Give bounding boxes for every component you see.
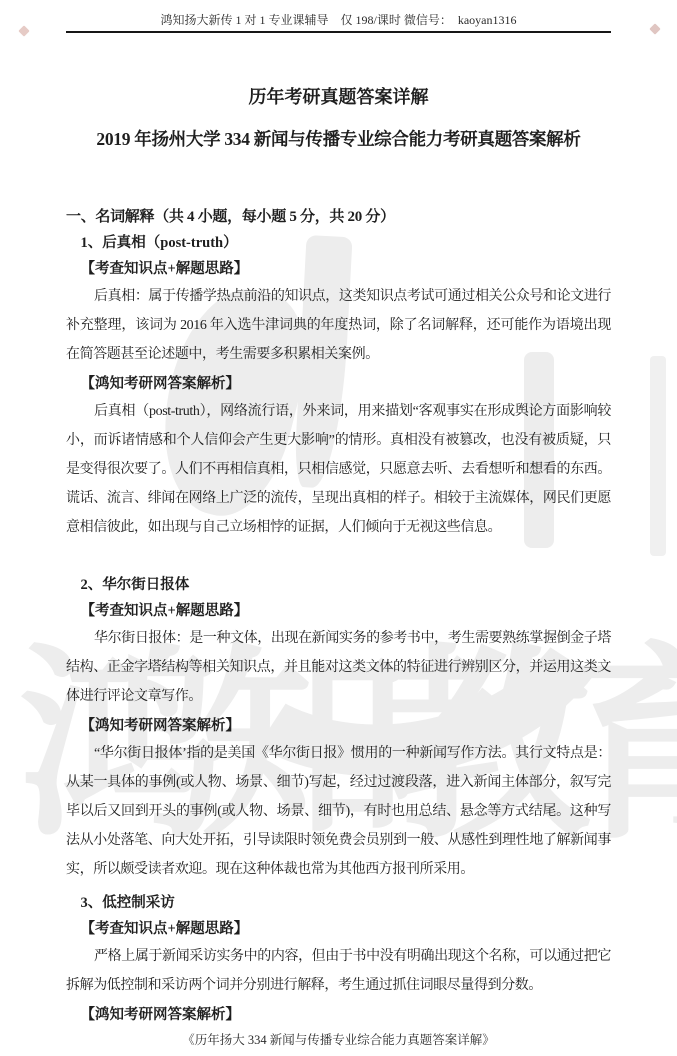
answer-label: 【鸿知考研网答案解析】 xyxy=(66,1004,611,1026)
knowledge-text: 华尔街日报体：是一种文体，出现在新闻实务的参考书中，考生需要熟练掌握倒金子塔结构… xyxy=(66,624,611,711)
knowledge-text: 后真相：属于传播学热点前沿的知识点，这类知识点考试可通过相关公众号和论文进行补充… xyxy=(66,282,611,369)
question-title: 3、低控制采访 xyxy=(66,892,611,914)
question-title: 2、华尔街日报体 xyxy=(66,574,611,596)
answer-label: 【鸿知考研网答案解析】 xyxy=(66,373,611,395)
question-title: 1、后真相（post-truth） xyxy=(66,232,611,254)
page-content: 鸿知扬大新传 1 对 1 专业课辅导 仅 198/课时 微信号： kaoyan1… xyxy=(0,0,677,1026)
knowledge-label: 【考查知识点+解题思路】 xyxy=(66,258,611,280)
document-subtitle: 2019 年扬州大学 334 新闻与传播专业综合能力考研真题答案解析 xyxy=(66,127,611,151)
document-title: 历年考研真题答案详解 xyxy=(66,85,611,109)
answer-text: 后真相（post-truth），网络流行语，外来词，用来描划“客观事实在形成舆论… xyxy=(66,397,611,542)
page-header-text: 鸿知扬大新传 1 对 1 专业课辅导 仅 198/课时 微信号： kaoyan1… xyxy=(66,0,611,27)
answer-label: 【鸿知考研网答案解析】 xyxy=(66,715,611,737)
header-rule xyxy=(66,31,611,33)
knowledge-label: 【考查知识点+解题思路】 xyxy=(66,600,611,622)
section-heading: 一、名词解释（共 4 小题，每小题 5 分，共 20 分） xyxy=(66,206,611,228)
question-item-1: 1、后真相（post-truth） 【考查知识点+解题思路】 后真相：属于传播学… xyxy=(66,232,611,542)
page-footer-text: 《历年扬大 334 新闻与传播专业综合能力真题答案详解》 xyxy=(0,1032,677,1048)
document-page: 鸿知教育 鸿知扬大新传 1 对 1 专业课辅导 仅 198/课时 微信号： ka… xyxy=(0,0,677,1056)
knowledge-text: 严格上属于新闻采访实务中的内容，但由于书中没有明确出现这个名称，可以通过把它拆解… xyxy=(66,942,611,1000)
answer-text: “华尔街日报体’指的是美国《华尔街日报》惯用的一种新闻写作方法。其行文特点是：从… xyxy=(66,739,611,884)
question-item-3: 3、低控制采访 【考查知识点+解题思路】 严格上属于新闻采访实务中的内容，但由于… xyxy=(66,892,611,1026)
knowledge-label: 【考查知识点+解题思路】 xyxy=(66,918,611,940)
question-item-2: 2、华尔街日报体 【考查知识点+解题思路】 华尔街日报体：是一种文体，出现在新闻… xyxy=(66,574,611,884)
